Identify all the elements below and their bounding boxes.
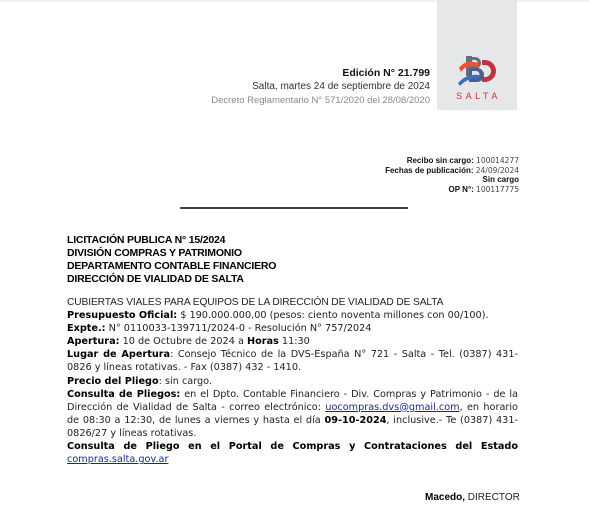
signature: Macedo, DIRECTOR — [425, 492, 520, 503]
tender-subject: CUBIERTAS VIALES PARA EQUIPOS DE LA DIRE… — [67, 296, 518, 309]
email-link[interactable]: uocompras.dvs@gmail.com — [325, 402, 459, 413]
bulletin-header: Edición N° 21.799 Salta, martes 24 de se… — [211, 66, 430, 108]
portal-line: Consulta de Pliego en el Portal de Compr… — [67, 440, 518, 453]
inquiry-deadline: 09-10-2024 — [324, 415, 386, 426]
portal-link[interactable]: compras.salta.gov.ar — [67, 454, 168, 465]
publication-date: Salta, martes 24 de septiembre de 2024 — [211, 80, 430, 94]
notice-body: CUBIERTAS VIALES PARA EQUIPOS DE LA DIRE… — [67, 296, 518, 466]
price-line: Precio del Pliego: sin cargo. — [67, 375, 518, 388]
opening-line: Apertura: 10 de Octubre de 2024 a Horas … — [67, 335, 518, 348]
op-label: OP N°: — [449, 185, 474, 194]
signatory-name: Macedo, — [425, 492, 465, 503]
publication-dates-value: 24/09/2024 — [476, 166, 519, 175]
price-value: : sin cargo. — [159, 376, 212, 387]
charge-line: Sin cargo — [385, 175, 519, 185]
directorate-title: DIRECCIÓN DE VIALIDAD DE SALTA — [67, 273, 276, 286]
price-label: Precio del Pliego — [67, 376, 159, 387]
tender-title: LICITACIÓN PUBLICA N° 15/2024 — [67, 234, 276, 247]
receipt-value: 100014277 — [476, 156, 519, 165]
opening-place-label: Lugar de Apertura — [67, 349, 170, 360]
budget-value: $ 190.000.000,00 (pesos: ciento noventa … — [177, 310, 488, 321]
receipt-info: Recibo sin cargo: 100014277 Fechas de pu… — [385, 156, 519, 194]
publication-dates-label: Fechas de publicación: — [385, 166, 473, 175]
division-title: DIVISIÓN COMPRAS Y PATRIMONIO — [67, 247, 276, 260]
op-line: OP N°: 100117775 — [385, 185, 519, 195]
file-label: Expte.: — [67, 323, 106, 334]
budget-line: Presupuesto Oficial: $ 190.000.000,00 (p… — [67, 309, 518, 322]
budget-label: Presupuesto Oficial: — [67, 310, 177, 321]
hours-value: 11:30 — [279, 336, 310, 347]
logo-text: SALTA — [437, 91, 517, 101]
receipt-line: Recibo sin cargo: 100014277 — [385, 156, 519, 166]
opening-place-line: Lugar de Apertura: Consejo Técnico de la… — [67, 348, 518, 374]
portal-link-line: compras.salta.gov.ar — [67, 453, 518, 466]
file-value: N° 0110033-139711/2024-0 - Resolución N°… — [106, 323, 372, 334]
opening-label: Apertura: — [67, 336, 120, 347]
charge-label: Sin cargo — [483, 175, 519, 184]
edition-number: Edición N° 21.799 — [211, 66, 430, 80]
inquiry-label: Consulta de Pliegos: — [67, 389, 180, 400]
opening-value: 10 de Octubre de 2024 a — [120, 336, 247, 347]
hours-label: Horas — [247, 336, 279, 347]
department-title: DEPARTAMENTO CONTABLE FINANCIERO — [67, 260, 276, 273]
inquiry-line: Consulta de Pliegos: en el Dpto. Contabl… — [67, 388, 518, 440]
signatory-role: DIRECTOR — [465, 492, 520, 503]
publication-dates-line: Fechas de publicación: 24/09/2024 — [385, 166, 519, 176]
receipt-label: Recibo sin cargo: — [407, 156, 474, 165]
logo-panel: SALTA — [437, 0, 517, 110]
notice-title-block: LICITACIÓN PUBLICA N° 15/2024 DIVISIÓN C… — [67, 234, 276, 286]
bo-salta-logo-icon — [457, 55, 497, 87]
file-line: Expte.: N° 0110033-139711/2024-0 - Resol… — [67, 322, 518, 335]
divider-line — [180, 207, 408, 209]
portal-label: Consulta de Pliego en el Portal de Compr… — [67, 441, 518, 452]
op-value: 100117775 — [476, 185, 519, 194]
decree-reference: Decreto Reglamentario N° 571/2020 del 28… — [211, 94, 430, 108]
